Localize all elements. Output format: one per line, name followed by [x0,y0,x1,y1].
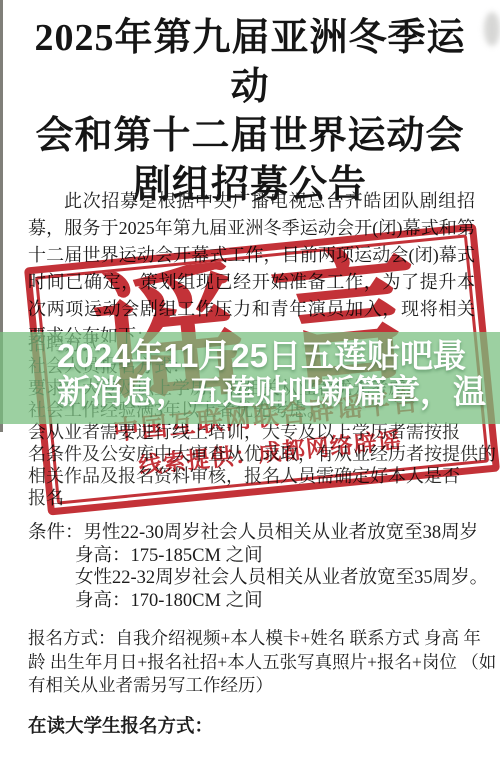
caption-text: 2024年11月25日五莲贴吧最 新消息，五莲贴吧新篇章，温 [57,338,486,410]
signup-line: 龄 出生年月日+报名社招+本人五张写真照片+报名+岗位 （如 [28,651,488,675]
title-line-2: 会和第十二届世界运动会 [18,112,482,161]
photo-smudge [484,12,500,46]
condition-line: 条件：男性22-30周岁社会人员相关从业者放宽至38周岁 [28,522,480,545]
signup-line: 报名方式：自我介绍视频+本人模卡+姓名 联系方式 身高 年 [28,627,488,651]
caption-line-1: 2024年11月25日五莲贴吧最 [57,338,486,374]
notice-photo: 2025年第九届亚洲冬季运动 会和第十二届世界运动会 剧组招募公告 此次招募是根… [0,0,500,761]
condition-line: 身高：175-185CM 之间 [28,545,480,568]
student-signup-line: 在读大学生报名方式： [28,712,428,738]
page-title: 2025年第九届亚洲冬季运动 会和第十二届世界运动会 剧组招募公告 [18,14,482,210]
signup-method-block: 报名方式：自我介绍视频+本人模卡+姓名 联系方式 身高 年 龄 出生年月日+报名… [28,627,488,698]
condition-line: 身高：170-180CM 之间 [28,590,480,613]
signup-line: 有相关从业者需另写工作经历） [28,674,488,698]
conditions-block: 条件：男性22-30周岁社会人员相关从业者放宽至38周岁 身高：175-185C… [28,522,480,612]
condition-line: 女性22-32周岁社会人员相关从业者放宽至35周岁。 [28,567,480,590]
title-line-1: 2025年第九届亚洲冬季运动 [18,14,482,112]
caption-overlay-band: 2024年11月25日五莲贴吧最 新消息，五莲贴吧新篇章，温 [0,332,500,424]
caption-line-2: 新消息，五莲贴吧新篇章，温 [57,374,486,410]
